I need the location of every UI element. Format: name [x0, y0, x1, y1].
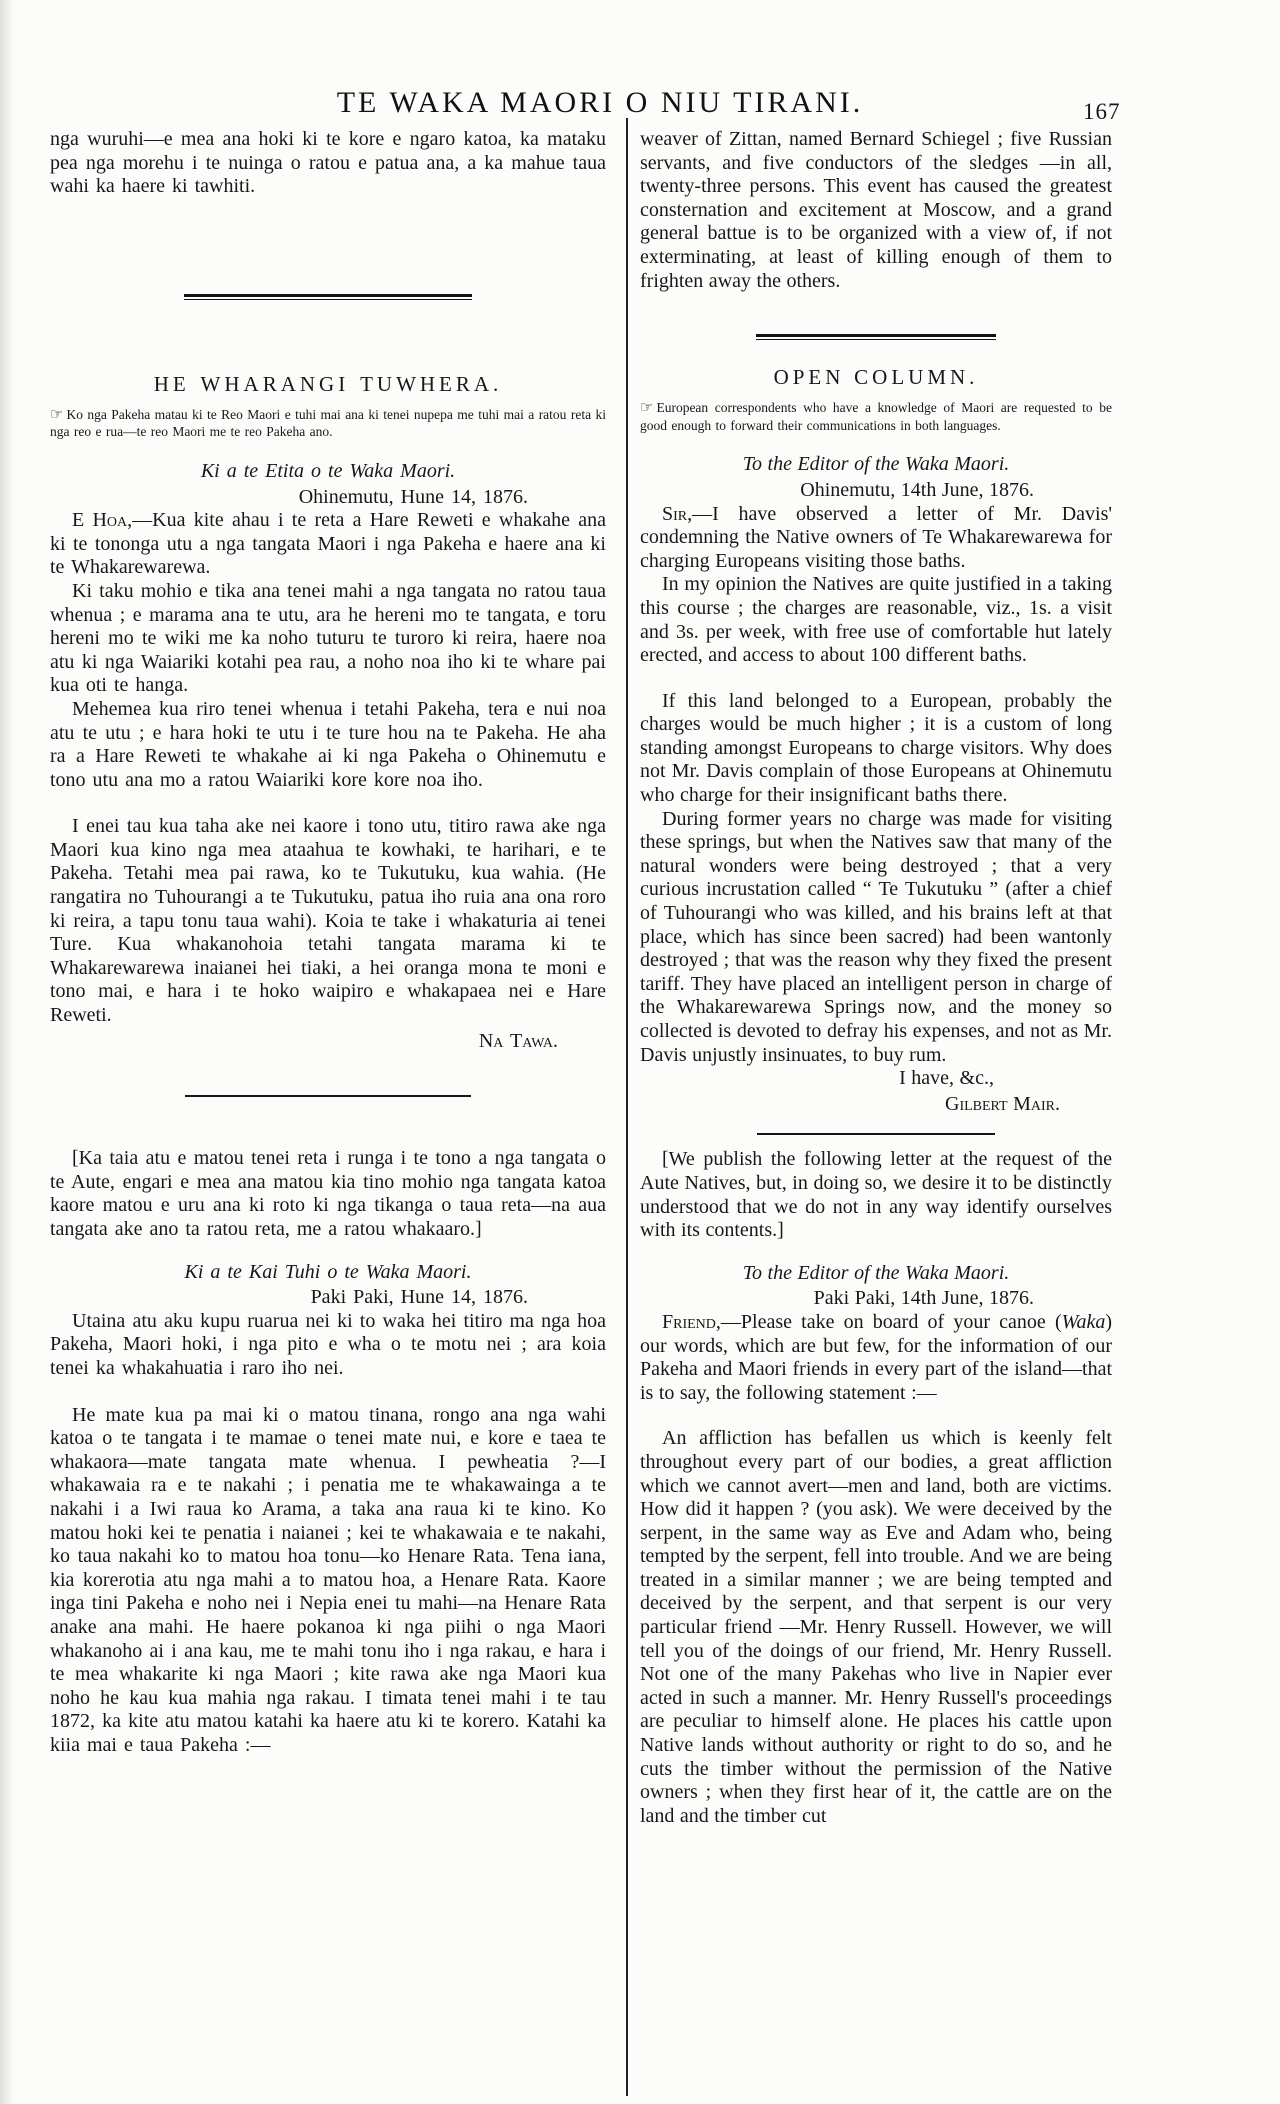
letter-dateline: Ohinemutu, 14th June, 1876. [640, 479, 1112, 503]
letter-opening-word: Friend, [662, 1311, 721, 1333]
waka-italic: Waka [1062, 1311, 1106, 1333]
letter-paragraph: Ki taku mohio e tika ana tenei mahi a ng… [50, 580, 606, 698]
letter-dateline: Paki Paki, 14th June, 1876. [640, 1287, 1112, 1311]
column-divider-rule [626, 118, 628, 2096]
editor-note: [Ka taia atu e matou tenei reta i runga … [50, 1147, 606, 1241]
letter-paragraph: During former years no charge was made f… [640, 808, 1112, 1068]
continuation-paragraph: weaver of Zittan, named Bernard Schiegel… [640, 128, 1112, 293]
notice-text: Ko nga Pakeha matau ki te Reo Maori e tu… [50, 407, 606, 440]
letter-paragraph: In my opinion the Natives are quite just… [640, 573, 1112, 667]
letter-paragraph: I enei tau kua taha ake nei kaore i tono… [50, 815, 606, 1027]
editor-note: [We publish the following letter at the … [640, 1148, 1112, 1242]
pointing-hand-icon: ☞ [640, 398, 656, 416]
letter-paragraph-text: —Please take on board of your canoe ( [721, 1311, 1062, 1333]
newspaper-page: TE WAKA MAORI O NIU TIRANI. 167 nga wuru… [0, 0, 1280, 2104]
letter-valediction: I have, &c., [640, 1067, 1112, 1091]
page-number: 167 [1083, 99, 1121, 125]
letter-paragraph: An affliction has befallen us which is k… [640, 1427, 1112, 1828]
letter-paragraph: He mate kua pa mai ki o matou tinana, ro… [50, 1404, 606, 1758]
newspaper-title: TE WAKA MAORI O NIU TIRANI. [150, 86, 1050, 120]
letter-paragraph: Sir,—I have observed a letter of Mr. Dav… [640, 503, 1112, 574]
letter-paragraph: E Hoa,—Kua kite ahau i te reta a Hare Re… [50, 509, 606, 580]
right-column: weaver of Zittan, named Bernard Schiegel… [640, 128, 1112, 1828]
letter-salutation: To the Editor of the Waka Maori. [640, 453, 1112, 477]
letter-paragraph: Mehemea kua riro tenei whenua i tetahi P… [50, 698, 606, 792]
letter-opening-word: Sir, [662, 503, 692, 525]
letter-signature: Gilbert Mair. [640, 1093, 1112, 1117]
letter-salutation: Ki a te Kai Tuhi o te Waka Maori. [50, 1261, 606, 1285]
letter-salutation: Ki a te Etita o te Waka Maori. [50, 460, 606, 484]
section-heading-maori: HE WHARANGI TUWHERA. [50, 372, 606, 397]
double-rule [184, 294, 472, 300]
letter-opening-word: E Hoa, [72, 509, 132, 531]
letter-signature: Na Tawa. [50, 1030, 606, 1054]
section-heading-english: OPEN COLUMN. [640, 365, 1112, 390]
contributor-notice-english: ☞European correspondents who have a know… [640, 399, 1112, 434]
double-rule [756, 334, 996, 340]
letter-paragraph-text: —I have observed a letter of Mr. Davis' … [640, 503, 1112, 572]
letter-paragraph: Utaina atu aku kupu ruarua nei ki to wak… [50, 1310, 606, 1381]
notice-text: European correspondents who have a knowl… [640, 400, 1112, 433]
single-rule [185, 1095, 471, 1097]
left-column: nga wuruhi—e mea ana hoki ki te kore e n… [50, 128, 606, 1757]
letter-salutation: To the Editor of the Waka Maori. [640, 1262, 1112, 1286]
single-rule [757, 1133, 995, 1135]
letter-dateline: Paki Paki, Hune 14, 1876. [50, 1286, 606, 1310]
letter-paragraph: Friend,—Please take on board of your can… [640, 1311, 1112, 1405]
letter-dateline: Ohinemutu, Hune 14, 1876. [50, 486, 606, 510]
contributor-notice-maori: ☞Ko nga Pakeha matau ki te Reo Maori e t… [50, 406, 606, 441]
pointing-hand-icon: ☞ [50, 405, 66, 423]
letter-paragraph: If this land belonged to a European, pro… [640, 690, 1112, 808]
continuation-paragraph: nga wuruhi—e mea ana hoki ki te kore e n… [50, 128, 606, 199]
letter-paragraph-text: —Kua kite ahau i te reta a Hare Reweti e… [50, 509, 606, 578]
